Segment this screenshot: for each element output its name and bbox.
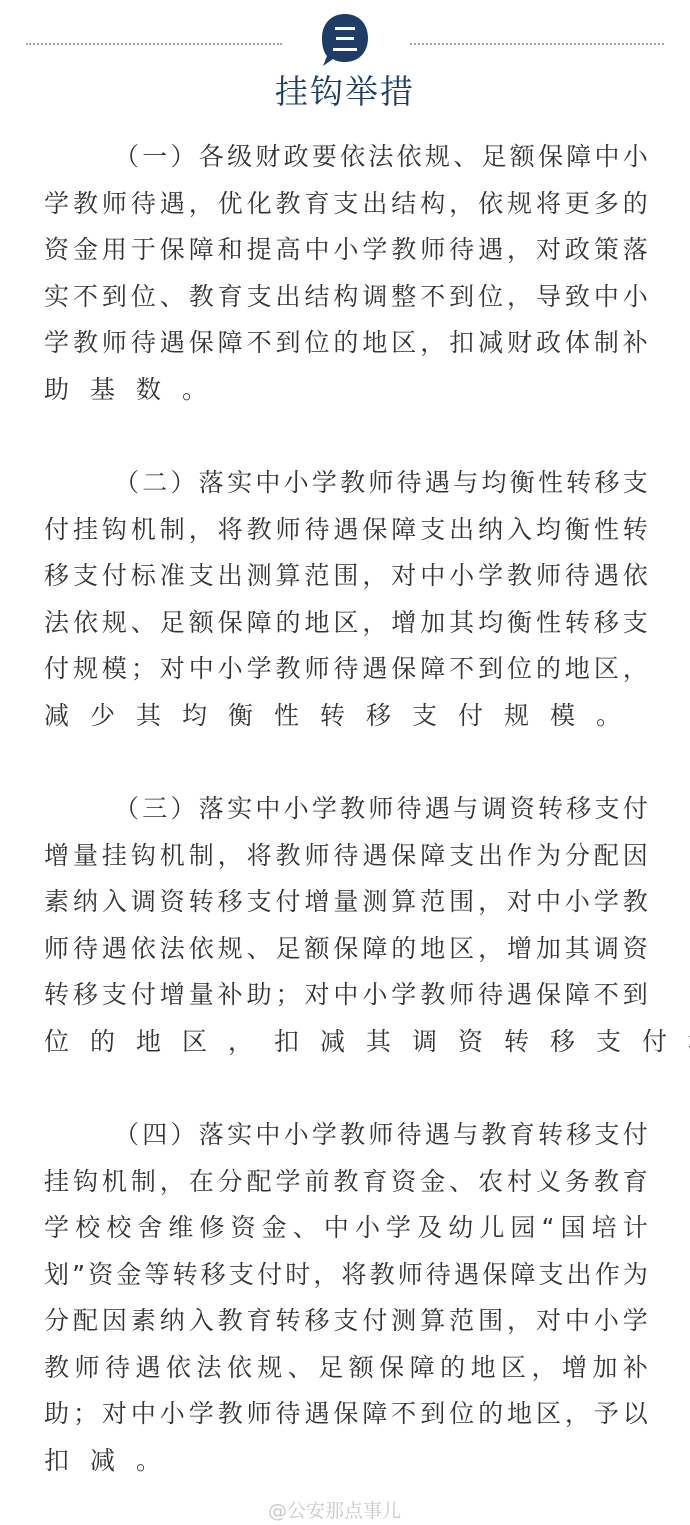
text-line: 资金用于保障和提高中小学教师待遇，对政策落 [44, 227, 648, 274]
text-line: （四）落实中小学教师待遇与教育转移支付 [44, 1112, 648, 1159]
text-line: 付挂钩机制，将教师待遇保障支出纳入均衡性转 [44, 507, 648, 554]
text-line: 划”资金等转移支付时，将教师待遇保障支出作为 [44, 1252, 648, 1299]
paragraph-1: （一）各级财政要依法依规、足额保障中小学教师待遇，优化教育支出结构，依规将更多的… [44, 134, 648, 413]
paragraph-4: （四）落实中小学教师待遇与教育转移支付挂钩机制，在分配学前教育资金、农村义务教育… [44, 1112, 648, 1484]
text-line: 移支付标准支出测算范围，对中小学教师待遇依 [44, 553, 648, 600]
dotted-divider-right [410, 43, 664, 45]
text-line: 学教师待遇保障不到位的地区，扣减财政体制补 [44, 320, 648, 367]
weibo-watermark: @公安那点事儿 [268, 1496, 401, 1523]
text-line: 扣减。 [44, 1438, 648, 1485]
text-line: 助；对中小学教师待遇保障不到位的地区，予以 [44, 1391, 648, 1438]
text-line: 分配因素纳入教育转移支付测算范围，对中小学 [44, 1298, 648, 1345]
text-line: 素纳入调资转移支付增量测算范围，对中小学教 [44, 879, 648, 926]
dotted-divider-left [26, 43, 282, 45]
text-line: 减少其均衡性转移支付规模。 [44, 693, 648, 740]
text-line: 增量挂钩机制，将教师待遇保障支出作为分配因 [44, 833, 648, 880]
text-line: 转移支付增量补助；对中小学教师待遇保障不到 [44, 972, 648, 1019]
text-line: 教师待遇依法依规、足额保障的地区，增加补 [44, 1345, 648, 1392]
text-line: 学教师待遇，优化教育支出结构，依规将更多的 [44, 181, 648, 228]
text-line: 付规模；对中小学教师待遇保障不到位的地区， [44, 646, 648, 693]
text-line: 实不到位、教育支出结构调整不到位，导致中小 [44, 274, 648, 321]
text-line: （三）落实中小学教师待遇与调资转移支付 [44, 786, 648, 833]
paragraph-2: （二）落实中小学教师待遇与均衡性转移支付挂钩机制，将教师待遇保障支出纳入均衡性转… [44, 460, 648, 739]
paragraph-3: （三）落实中小学教师待遇与调资转移支付增量挂钩机制，将教师待遇保障支出作为分配因… [44, 786, 648, 1065]
text-line: （二）落实中小学教师待遇与均衡性转移支 [44, 460, 648, 507]
speech-bubble-three-icon [320, 12, 370, 68]
text-line: 挂钩机制，在分配学前教育资金、农村义务教育 [44, 1159, 648, 1206]
text-line: 师待遇依法依规、足额保障的地区，增加其调资 [44, 926, 648, 973]
text-line: 助基数。 [44, 367, 648, 414]
text-line: 位的地区，扣减其调资转移支付增量补助。 [44, 1019, 648, 1066]
section-title: 挂钩举措 [0, 70, 690, 114]
section-header: 挂钩举措 [0, 0, 690, 130]
article-body: （一）各级财政要依法依规、足额保障中小学教师待遇，优化教育支出结构，依规将更多的… [44, 134, 648, 1525]
text-line: 学校校舍维修资金、中小学及幼儿园“国培计 [44, 1205, 648, 1252]
text-line: （一）各级财政要依法依规、足额保障中小 [44, 134, 648, 181]
text-line: 法依规、足额保障的地区，增加其均衡性转移支 [44, 600, 648, 647]
